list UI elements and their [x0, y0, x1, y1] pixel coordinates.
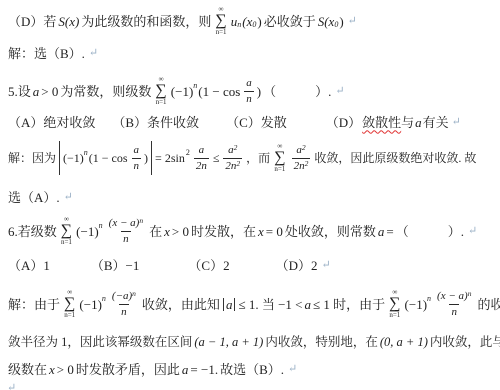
subscript: 0 [334, 21, 338, 29]
fraction: (x − a)n n [435, 290, 473, 318]
summation-symbol: ∞ ∑ n=1 [61, 216, 72, 247]
paragraph-mark-icon: ↵ [7, 383, 16, 390]
superscript: 2 [186, 149, 190, 157]
text-run: 为常数，则级数 [60, 85, 151, 98]
fraction-numerator: a [244, 77, 254, 91]
math-run: ) [257, 15, 261, 28]
fraction-numerator: a [197, 144, 207, 158]
math-run: = [386, 225, 393, 238]
solution-5-answer: 选（A）. ↵ [7, 188, 73, 206]
fraction-numerator: (x − a)n [435, 290, 473, 304]
answer-option-d-statement: （D）若 S(x) 为此级数的和函数，则 ∞ ∑ n=1 un(x0) 必收敛于… [7, 3, 357, 39]
sum-lower-limit: n=1 [156, 99, 167, 107]
math-run: a [305, 298, 312, 311]
option-a: （A）绝对收敛 [8, 116, 95, 129]
sigma-icon: ∑ [64, 296, 75, 311]
math-run: > 0 [172, 225, 189, 238]
math-run: = 2sin [155, 152, 185, 164]
text-run: 解：因为 [8, 152, 56, 164]
option-b: （B）−1 [91, 259, 140, 272]
paragraph-mark-icon: ↵ [321, 260, 330, 271]
text-run: 内收敛，此与幂 [430, 336, 500, 349]
absolute-value-bar [59, 141, 60, 175]
math-run: = 0 [266, 225, 283, 238]
math-run: a [378, 225, 385, 238]
fraction-numerator: a [132, 144, 142, 158]
text-run: （ ）. [396, 225, 464, 238]
text-run: 必收敛于 [264, 15, 316, 28]
sum-lower-limit: n=1 [216, 29, 227, 37]
text-run: 为此级数的和函数，则 [81, 15, 211, 28]
fraction-denominator: 2n [194, 158, 209, 173]
absolute-value-bar [151, 141, 152, 175]
math-run: = −1. [190, 363, 218, 376]
text-run: 内收敛，特别地，在 [265, 336, 378, 349]
fraction-numerator: (x − a)n [107, 217, 145, 231]
text-run: ≤ 1 时，由于 [313, 298, 385, 311]
text-run: 时发散矛盾，因此 [76, 363, 180, 376]
sum-lower-limit: n=1 [389, 312, 400, 320]
summation-symbol: ∞ ∑ n=1 [64, 289, 75, 320]
math-run: S(x [318, 15, 335, 28]
fraction: (x − a)n n [107, 217, 145, 245]
sum-lower-limit: n=1 [64, 312, 75, 320]
paragraph-mark-icon: ↵ [452, 117, 461, 128]
superscript: n [193, 82, 197, 90]
text-run: 的收 [477, 298, 500, 311]
superscript: n [139, 216, 143, 225]
text-run: 级数在 [8, 363, 47, 376]
fraction-denominator: n [132, 158, 142, 173]
text-run: 时发散，在 [191, 225, 256, 238]
math-run: (−1) [79, 298, 102, 311]
text-run: 有关 [423, 116, 449, 129]
option-c: （C）发散 [226, 116, 287, 129]
math-run: a [182, 363, 189, 376]
superscript: n [102, 295, 106, 303]
absolute-value-bar [234, 298, 235, 311]
text-run: 处收敛，则常数 [285, 225, 376, 238]
math-run: a [33, 85, 40, 98]
text-run: 收敛，因此原级数绝对收敛. 故 [314, 152, 476, 164]
sigma-icon: ∑ [274, 150, 285, 165]
question-5: 5.设 a > 0 为常数，则级数 ∞ ∑ n=1 (−1)n(1 − cos … [7, 72, 345, 110]
superscript: n [468, 289, 472, 298]
math-run: (−1) [171, 85, 194, 98]
superscript: n [84, 149, 88, 157]
option-b: （B）条件收敛 [112, 116, 199, 129]
paragraph-mark-icon: ↵ [288, 364, 297, 375]
math-run: x [49, 363, 55, 376]
text-run: 6.若级数 [8, 225, 57, 238]
fraction: a 2n [194, 144, 209, 172]
question-5-options: （A）绝对收敛 （B）条件收敛 （C）发散 （D）敛散性与a有关 ↵ [7, 113, 461, 131]
text-run: 敛半径为 1，因此该幂级数在区间 [8, 336, 192, 349]
math-run: ) [257, 85, 261, 98]
math-run: a [226, 298, 233, 311]
text-run: 在 [149, 225, 162, 238]
fraction-denominator: 2n2 [223, 158, 242, 173]
math-run: x [258, 225, 264, 238]
question-6-options: （A）1 （B）−1 （C）2 （D）2 ↵ [7, 256, 331, 274]
sum-lower-limit: n=1 [61, 239, 72, 247]
paragraph-mark-icon: ↵ [335, 86, 344, 97]
fraction-denominator: n [449, 304, 459, 319]
math-run: > 0 [41, 85, 58, 98]
option-d: （D）2 [276, 259, 318, 272]
text-run: ，而 [246, 152, 270, 164]
paragraph-mark-icon: ↵ [64, 192, 73, 203]
solution-6-line3: 级数在 x > 0 时发散矛盾，因此 a = −1. 故选（B）. ↵ [7, 359, 297, 379]
superscript: 2 [302, 143, 306, 152]
superscript: 2 [234, 143, 238, 152]
text-run: （ ）. [263, 85, 331, 98]
fraction-denominator: n [121, 231, 131, 246]
math-run: (1 − cos [198, 85, 240, 98]
math-run: (−1) [76, 225, 99, 238]
math-run: (−1) [63, 152, 84, 164]
fraction: (−a)n n [110, 290, 138, 318]
fraction-denominator: 2n2 [292, 158, 311, 173]
math-run: (x [242, 15, 252, 28]
option-a: （A）1 [8, 259, 50, 272]
sum-lower-limit: n=1 [274, 166, 285, 174]
fraction-denominator: n [244, 91, 254, 106]
fraction: a n [244, 77, 254, 105]
text-run: 5.设 [8, 85, 31, 98]
empty-paragraph: ↵ [7, 381, 16, 390]
solution-4-answer: 解：选（B）. ↵ [7, 44, 98, 62]
paragraph-mark-icon: ↵ [468, 226, 477, 237]
math-run: ≤ [213, 152, 220, 164]
fraction: a2 2n2 [223, 144, 242, 172]
superscript: n [427, 295, 431, 303]
math-run: a [415, 116, 422, 129]
superscript: n [99, 222, 103, 230]
solution-6-line1: 解：由于 ∞ ∑ n=1 (−1)n (−a)n n 收敛，由此知 a ≤ 1.… [7, 281, 500, 327]
fraction: a2 2n2 [292, 144, 311, 172]
sigma-icon: ∑ [215, 13, 226, 28]
fraction: a n [132, 144, 142, 172]
solution-5-line1: 解：因为 (−1)n(1 − cos a n ) = 2sin2 a 2n ≤ … [7, 135, 477, 181]
summation-symbol: ∞ ∑ n=1 [389, 289, 400, 320]
subscript: 0 [252, 21, 256, 29]
math-run: (0, a + 1) [380, 336, 428, 349]
math-run: S(x) [58, 15, 79, 28]
text-run: 解：选（B）. [8, 47, 85, 60]
math-run: x [164, 225, 170, 238]
fraction-numerator: a2 [294, 144, 307, 158]
math-run: (a − 1, a + 1) [194, 336, 263, 349]
superscript: 2 [236, 159, 240, 168]
text-run: 解：由于 [8, 298, 60, 311]
summation-symbol: ∞ ∑ n=1 [155, 76, 166, 107]
misspelled-text: 敛散性 [362, 116, 401, 129]
summation-symbol: ∞ ∑ n=1 [215, 6, 226, 37]
question-6: 6.若级数 ∞ ∑ n=1 (−1)n (x − a)n n 在 x > 0 时… [7, 209, 477, 253]
math-run: ) [339, 15, 343, 28]
text-run: 与 [401, 116, 414, 129]
math-run: (1 − cos [89, 152, 128, 164]
math-run: ) [144, 152, 148, 164]
superscript: 2 [305, 159, 309, 168]
option-d: （D） [326, 116, 361, 129]
document-page: （D）若 S(x) 为此级数的和函数，则 ∞ ∑ n=1 un(x0) 必收敛于… [0, 0, 500, 390]
summation-symbol: ∞ ∑ n=1 [274, 143, 285, 174]
text-run: （D）若 [8, 15, 56, 28]
fraction-numerator: a2 [226, 144, 239, 158]
text-run: 收敛，由此知 [142, 298, 220, 311]
subscript: n [237, 21, 241, 29]
math-run: (−1) [405, 298, 428, 311]
text-run: 故选（B）. [220, 363, 284, 376]
sigma-icon: ∑ [389, 296, 400, 311]
paragraph-mark-icon: ↵ [348, 16, 357, 27]
paragraph-mark-icon: ↵ [89, 48, 98, 59]
text-run: 选（A）. [8, 191, 60, 204]
sigma-icon: ∑ [155, 83, 166, 98]
fraction-numerator: (−a)n [110, 290, 138, 304]
absolute-value-bar [223, 298, 224, 311]
superscript: n [132, 289, 136, 298]
math-run: > 0 [57, 363, 74, 376]
sigma-icon: ∑ [61, 223, 72, 238]
math-run: ≤ 1. 当 −1 < [238, 298, 302, 311]
solution-6-line2: 敛半径为 1，因此该幂级数在区间 (a − 1, a + 1) 内收敛，特别地，… [7, 332, 500, 352]
option-c: （C）2 [188, 259, 229, 272]
fraction-denominator: n [119, 304, 129, 319]
